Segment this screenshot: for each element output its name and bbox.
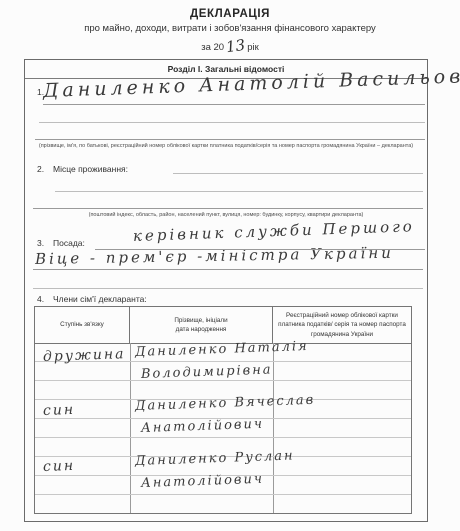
item-2-caption: (поштовий індекс, область, район, населе… bbox=[27, 212, 425, 218]
handwritten-member-name: Даниленко Вячеслав bbox=[135, 393, 316, 414]
handwritten-member-name: Анатолійович bbox=[141, 417, 264, 436]
year-prefix: за 20 bbox=[201, 42, 224, 53]
year-line: за 2013рік bbox=[0, 36, 460, 54]
year-suffix: рік bbox=[247, 42, 259, 53]
item-3-label: Посада: bbox=[53, 238, 85, 248]
column-divider bbox=[273, 343, 274, 513]
column-divider bbox=[130, 343, 131, 513]
handwritten-relation: син bbox=[43, 458, 76, 475]
handwritten-member-name: Анатолійович bbox=[141, 472, 264, 491]
handwritten-position-line1: керівник служби Першого bbox=[133, 217, 415, 245]
item-3-number: 3. bbox=[37, 238, 44, 248]
write-line bbox=[33, 288, 423, 289]
write-line bbox=[39, 122, 425, 123]
write-line bbox=[55, 191, 423, 192]
family-table-header: Ступінь зв'язку Прізвище, ініціали дата … bbox=[35, 307, 411, 344]
handwritten-year: 13 bbox=[225, 36, 246, 56]
handwritten-position-line2: Віце - прем'єр -міністра України bbox=[35, 244, 394, 268]
item-4-label: Члени сім'ї декларанта: bbox=[53, 294, 147, 304]
handwritten-relation: дружина bbox=[43, 346, 126, 365]
row-line bbox=[35, 437, 411, 438]
declaration-document: ДЕКЛАРАЦІЯ про майно, доходи, витрати і … bbox=[0, 0, 460, 531]
form-box: Розділ І. Загальні відомості 1. Даниленк… bbox=[24, 59, 428, 522]
page-title: ДЕКЛАРАЦІЯ bbox=[0, 8, 460, 20]
header-tax-number: Реєстраційний номер облікової картки пла… bbox=[273, 307, 411, 343]
item-4-number: 4. bbox=[37, 294, 44, 304]
write-line bbox=[95, 249, 425, 250]
write-line bbox=[33, 208, 423, 209]
row-line bbox=[35, 380, 411, 381]
item-1-caption: (прізвище, ім'я, по батькові, реєстрацій… bbox=[27, 143, 425, 149]
write-line bbox=[35, 139, 425, 140]
write-line bbox=[43, 104, 425, 105]
write-line bbox=[33, 269, 423, 270]
page-subtitle: про майно, доходи, витрати і зобов'язанн… bbox=[0, 23, 460, 34]
row-line bbox=[35, 494, 411, 495]
handwritten-member-name: Даниленко Руслан bbox=[135, 448, 295, 469]
item-2-number: 2. bbox=[37, 164, 44, 174]
family-table: Ступінь зв'язку Прізвище, ініціали дата … bbox=[34, 306, 412, 514]
header-name: Прізвище, ініціали дата народження bbox=[130, 307, 273, 343]
write-line bbox=[173, 173, 423, 174]
header-relation: Ступінь зв'язку bbox=[35, 307, 130, 343]
handwritten-relation: син bbox=[43, 402, 76, 419]
item-2-label: Місце проживання: bbox=[53, 164, 128, 174]
